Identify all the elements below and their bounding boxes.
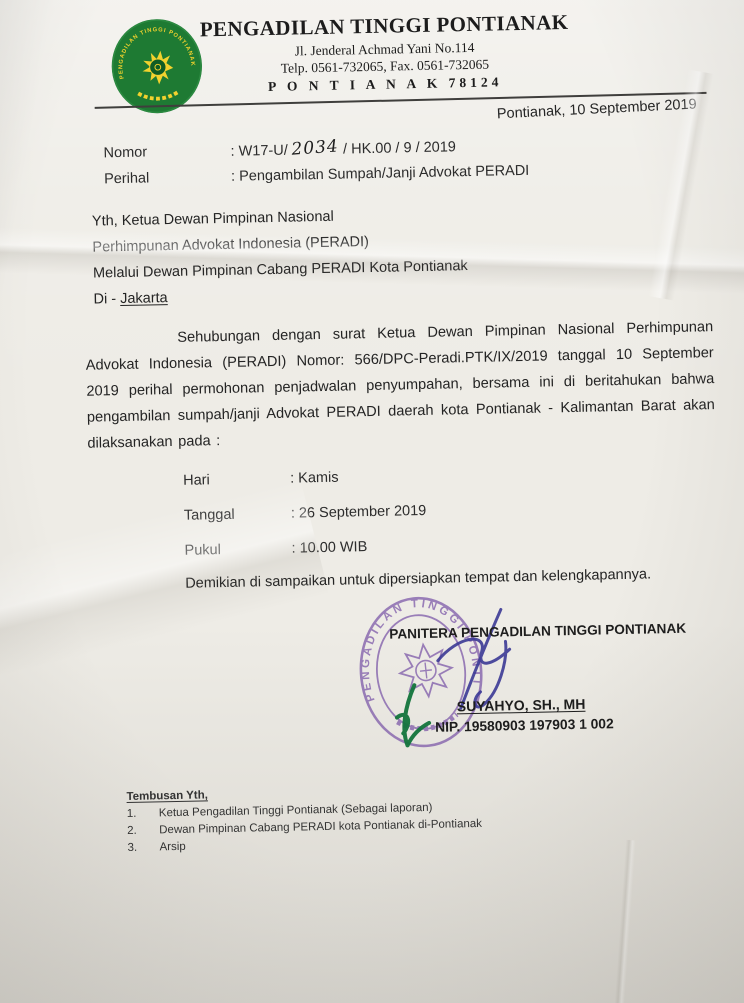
paper-crease-bottom [614, 840, 636, 1003]
pukul-value: : 10.00 WIB [291, 530, 367, 567]
nomor-label: Nomor [103, 139, 230, 168]
court-emblem-logo: PENGADILAN TINGGI PONTIANAK [107, 17, 207, 115]
tembusan-text-3: Arsip [159, 839, 186, 857]
tanggal-value: : 26 September 2019 [291, 494, 427, 532]
hari-label: Hari [183, 462, 291, 499]
body-paragraph: Sehubungan dengan surat Ketua Dewan Pimp… [85, 314, 715, 457]
letter-paper: PENGADILAN TINGGI PONTIANAK PENGADILAN T… [0, 0, 744, 1003]
schedule-block: Hari : Kamis Tanggal : 26 September 2019… [183, 453, 744, 569]
recipient-di-prefix: Di - [93, 291, 120, 308]
nomor-prefix: : W17-U/ [230, 143, 292, 160]
recipient-block: Yth, Ketua Dewan Pimpinan Nasional Perhi… [92, 196, 741, 313]
hari-value: : Kamis [290, 461, 339, 497]
recipient-city: Jakarta [120, 290, 168, 307]
signatory-name: SUYAHYO, SH., MH [457, 696, 586, 715]
signatory-nip: NIP. 19580903 197903 1 002 [435, 716, 614, 735]
letterhead: PENGADILAN TINGGI PONTIANAK PENGADILAN T… [0, 0, 737, 110]
tembusan-number-1: 1. [127, 805, 159, 823]
letter-meta: Nomor : W17-U/ 2034 / HK.00 / 9 / 2019 P… [103, 129, 738, 193]
perihal-label: Perihal [104, 165, 231, 193]
nomor-handwritten-number: 2034 [291, 134, 340, 162]
tembusan-number-2: 2. [127, 822, 159, 840]
dateline: Pontianak, 10 September 2019 [497, 96, 697, 122]
nomor-suffix: / HK.00 / 9 / 2019 [339, 139, 456, 157]
tanggal-label: Tanggal [184, 497, 292, 534]
green-paraf-mark [388, 681, 437, 750]
tembusan-number-3: 3. [127, 839, 159, 857]
perihal-value: : Pengambilan Sumpah/Janji Advokat PERAD… [231, 159, 530, 190]
pukul-label: Pukul [184, 532, 292, 569]
letter-sheet: PENGADILAN TINGGI PONTIANAK PENGADILAN T… [0, 0, 744, 859]
signature-area: PENGADILAN TINGGI PONTIANAK PANITERA PEN… [3, 595, 744, 782]
tembusan-block: Tembusan Yth, 1. Ketua Pengadilan Tinggi… [126, 776, 744, 857]
